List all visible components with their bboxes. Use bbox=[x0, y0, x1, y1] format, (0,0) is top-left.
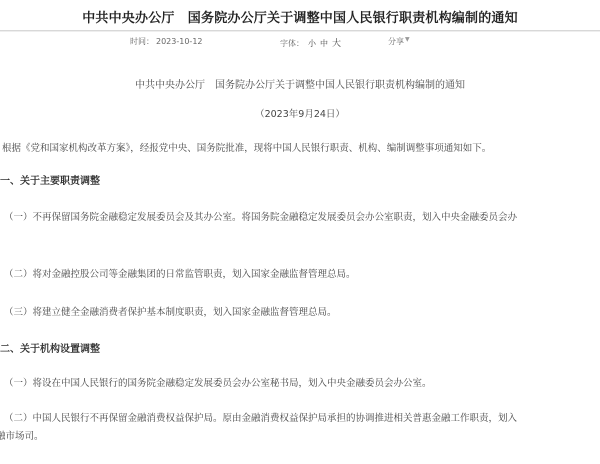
font-size-label: 字体： bbox=[280, 39, 304, 48]
section-2-paragraph-1: （一）将设在中国人民银行的国务院金融稳定发展委员会办公室秘书局，划入中央金融委员… bbox=[4, 375, 432, 393]
section-2-paragraph-2: （二）中国人民银行不再保留金融消费权益保护局。原由金融消费权益保护局承担的协调推… bbox=[4, 410, 517, 428]
section-1-paragraph-2: （二）将对金融控股公司等金融集团的日常监管职责，划入国家金融监督管理总局。 bbox=[4, 266, 356, 284]
chevron-down-icon: ▼ bbox=[405, 36, 410, 43]
font-size-medium-button[interactable]: 中 bbox=[320, 39, 328, 48]
font-size-small-button[interactable]: 小 bbox=[308, 39, 316, 48]
section-2-paragraph-2-continuation: 融市场司。 bbox=[0, 428, 44, 446]
publish-date-value: 2023-10-12 bbox=[156, 37, 203, 46]
font-size-large-button[interactable]: 大 bbox=[332, 39, 341, 49]
section-heading-2: 二、关于机构设置调整 bbox=[0, 340, 100, 355]
document-title: 中共中央办公厅 国务院办公厅关于调整中国人民银行职责机构编制的通知 bbox=[0, 76, 600, 91]
intro-paragraph: 根据《党和国家机构改革方案》，经报党中央、国务院批准，现将中国人民银行职责、机构… bbox=[2, 140, 491, 158]
font-size-selector: 字体：小中大 bbox=[280, 36, 341, 49]
share-label: 分享 bbox=[388, 37, 404, 46]
section-1-paragraph-3: （三）将建立健全金融消费者保护基本制度职责，划入国家金融监督管理总局。 bbox=[4, 304, 337, 322]
article-meta-row: 时间：2023-10-12 字体：小中大 分享▼ bbox=[0, 36, 600, 50]
page-header: 中共中央办公厅 国务院办公厅关于调整中国人民银行职责机构编制的通知 bbox=[0, 0, 600, 31]
publish-date: 时间：2023-10-12 bbox=[130, 36, 203, 47]
document-date: （2023年9月24日） bbox=[0, 106, 600, 120]
share-button[interactable]: 分享▼ bbox=[388, 36, 410, 47]
publish-date-label: 时间： bbox=[130, 37, 154, 46]
page-title: 中共中央办公厅 国务院办公厅关于调整中国人民银行职责机构编制的通知 bbox=[0, 7, 600, 26]
section-1-paragraph-1: （一）不再保留国务院金融稳定发展委员会及其办公室。将国务院金融稳定发展委员会办公… bbox=[4, 209, 517, 227]
section-1-paragraph-1-continuation: 。 bbox=[0, 227, 6, 245]
section-heading-1: 一、关于主要职责调整 bbox=[0, 172, 100, 187]
